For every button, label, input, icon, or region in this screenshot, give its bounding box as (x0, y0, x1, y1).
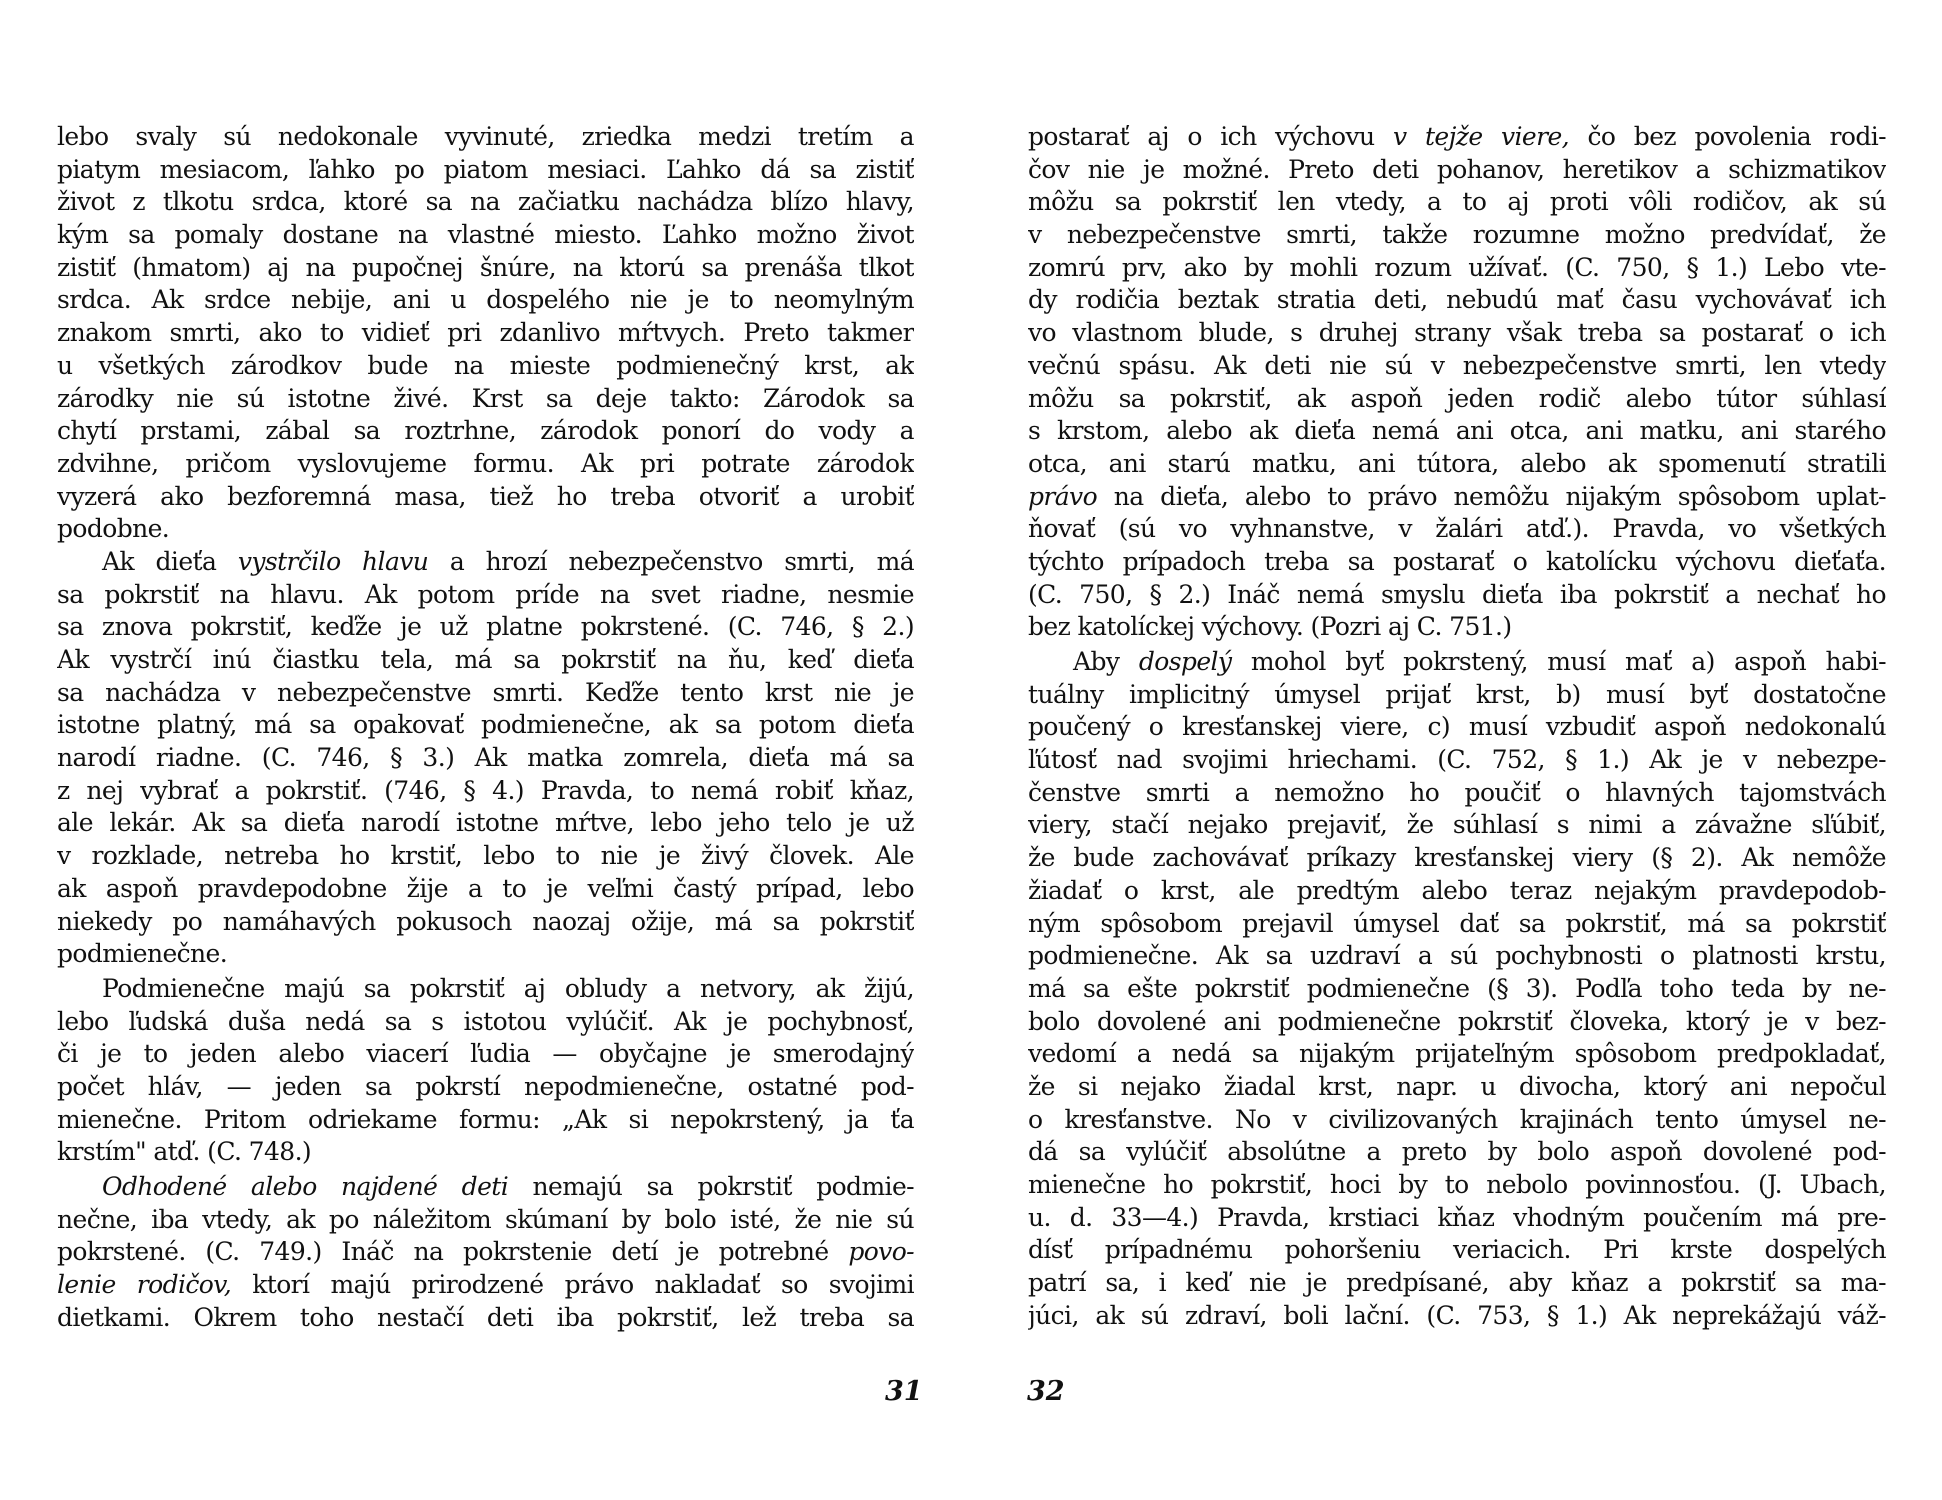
text-line: chytí prstami, zábal sa roztrhne, zárodo… (57, 415, 914, 448)
line-text: večnú spásu. Ak deti nie sú v nebezpečen… (1028, 351, 1886, 380)
text-line: Aby dospelý mohol byť pokrstený, musí ma… (1028, 646, 1886, 679)
text-line: bez katolíckej výchovy. (Pozri aj C. 751… (1028, 611, 1886, 644)
line-text: čov nie je možné. Preto deti pohanov, he… (1028, 155, 1886, 184)
line-text: zomrú prv, ako by mohli rozum užívať. (C… (1028, 253, 1886, 282)
text-line: dietkami. Okrem toho nestačí deti iba po… (57, 1302, 914, 1335)
page-number-right: 32 (1027, 1376, 1065, 1407)
line-text: narodí riadne. (C. 746, § 3.) Ak matka z… (57, 743, 914, 772)
line-text: môžu sa pokrstiť len vtedy, a to aj prot… (1028, 187, 1886, 216)
line-text: zárodky nie sú istotne živé. Krst sa dej… (57, 384, 914, 413)
line-text: ňovať (sú vo vyhnanstve, v žalári atď.).… (1028, 514, 1886, 543)
line-text: že si nejako žiadal krst, napr. u divoch… (1028, 1072, 1886, 1101)
text-line: lebo svaly sú nedokonale vyvinuté, zried… (57, 121, 914, 154)
text-line: vo vlastnom blude, s druhej strany však … (1028, 317, 1886, 350)
line-text: chytí prstami, zábal sa roztrhne, zárodo… (57, 416, 914, 445)
line-text: mienečne ho pokrstiť, hoci by to nebolo … (1028, 1170, 1886, 1199)
text-line: zomrú prv, ako by mohli rozum užívať. (C… (1028, 252, 1886, 285)
line-text: dá sa vylúčiť absolútne a preto by bolo … (1028, 1137, 1886, 1166)
line-text: u. d. 33—4.) Pravda, krstiaci kňaz vhodn… (1028, 1203, 1886, 1232)
text-line: ak aspoň pravdepodobne žije a to je veľm… (57, 873, 914, 906)
line-text: mienečne. Pritom odriekame formu: „Ak si… (57, 1105, 914, 1134)
line-text: patrí sa, i keď nie je predpísané, aby k… (1028, 1268, 1886, 1297)
text-line: podmienečne. (57, 938, 914, 971)
line-text: otca, ani starú matku, ani tútora, alebo… (1028, 449, 1886, 478)
line-text: dísť prípadnému pohoršeniu veriacich. Pr… (1028, 1235, 1886, 1264)
line-text: z nej vybrať a pokrstiť. (746, § 4.) Pra… (57, 776, 914, 805)
text-line: bolo dovolené ani podmienečne pokrstiť č… (1028, 1006, 1886, 1039)
line-text: Podmienečne majú sa pokrstiť aj obludy a… (102, 974, 914, 1003)
text-line: u. d. 33—4.) Pravda, krstiaci kňaz vhodn… (1028, 1202, 1886, 1235)
line-text: poučený o kresťanskej viere, c) musí vzb… (1028, 712, 1886, 741)
text-line: týchto prípadoch treba sa postarať o kat… (1028, 546, 1886, 579)
text-line: lenie rodičov, ktorí majú prirodzené prá… (57, 1269, 914, 1302)
line-text: žiadať o krst, ale predtým alebo teraz n… (1028, 876, 1886, 905)
line-text: čenstve smrti a nemožno ho poučiť o hlav… (1028, 778, 1886, 807)
page-number-left: 31 (885, 1376, 923, 1407)
text-line: Odhodené alebo najdené deti nemajú sa po… (57, 1171, 914, 1204)
line-text: má sa ešte pokrstiť podmienečne (§ 3). P… (1028, 974, 1886, 1003)
text-line: zdvihne, pričom vyslovujeme formu. Ak pr… (57, 448, 914, 481)
line-text: lebo svaly sú nedokonale vyvinuté, zried… (57, 122, 914, 151)
line-text: Aby (1073, 647, 1139, 676)
text-line: život z tlkotu srdca, ktoré sa na začiat… (57, 186, 914, 219)
text-line: pokrstené. (C. 749.) Ináč na pokrstenie … (57, 1236, 914, 1269)
text-line: patrí sa, i keď nie je predpísané, aby k… (1028, 1267, 1886, 1300)
line-text: podobne. (57, 514, 169, 543)
line-text: podmienečne. (57, 939, 227, 968)
italic-emphasis: lenie rodičov, (57, 1270, 231, 1299)
text-line: dá sa vylúčiť absolútne a preto by bolo … (1028, 1136, 1886, 1169)
line-text: sa nachádza v nebezpečenstve smrti. Keďž… (57, 678, 914, 707)
text-line: počet hláv, — jeden sa pokrstí nepodmien… (57, 1071, 914, 1104)
text-line: podobne. (57, 513, 914, 546)
line-text: pokrstené. (C. 749.) Ináč na pokrstenie … (57, 1237, 848, 1266)
text-line: zistiť (hmatom) aj na pupočnej šnúre, na… (57, 252, 914, 285)
line-text: tuálny implicitný úmysel prijať krst, b)… (1028, 680, 1886, 709)
line-text: čo bez povolenia rodi- (1569, 122, 1886, 151)
text-line: mienečne. Pritom odriekame formu: „Ak si… (57, 1104, 914, 1137)
line-text: kým sa pomaly dostane na vlastné miesto.… (57, 220, 914, 249)
text-line: ľútosť nad svojimi hriechami. (C. 752, §… (1028, 744, 1886, 777)
text-line: (C. 750, § 2.) Ináč nemá smyslu dieťa ib… (1028, 579, 1886, 612)
italic-emphasis: vystrčilo hlavu (238, 547, 428, 576)
text-line: sa znova pokrstiť, keďže je už platne po… (57, 611, 914, 644)
line-text: vedomí a nedá sa nijakým prijateľným spô… (1028, 1039, 1886, 1068)
text-line: žiadať o krst, ale predtým alebo teraz n… (1028, 875, 1886, 908)
text-line: narodí riadne. (C. 746, § 3.) Ak matka z… (57, 742, 914, 775)
text-line: ným spôsobom prejavil úmysel dať sa pokr… (1028, 908, 1886, 941)
line-text: vo vlastnom blude, s druhej strany však … (1028, 318, 1886, 347)
text-line: večnú spásu. Ak deti nie sú v nebezpečen… (1028, 350, 1886, 383)
line-text: ale lekár. Ak sa dieťa narodí istotne mŕ… (57, 808, 914, 837)
text-line: zárodky nie sú istotne živé. Krst sa dej… (57, 383, 914, 416)
line-text: sa znova pokrstiť, keďže je už platne po… (57, 612, 914, 641)
line-text: v rozklade, netreba ho krstiť, lebo to n… (57, 841, 914, 870)
text-line: v rozklade, netreba ho krstiť, lebo to n… (57, 840, 914, 873)
italic-emphasis: v tejže viere, (1393, 122, 1569, 151)
text-line: poučený o kresťanskej viere, c) musí vzb… (1028, 711, 1886, 744)
text-line: dy rodičia beztak stratia deti, nebudú m… (1028, 284, 1886, 317)
line-text: ak aspoň pravdepodobne žije a to je veľm… (57, 874, 914, 903)
line-text: a hrozí nebezpečenstvo smrti, má (428, 547, 914, 576)
left-page-text: lebo svaly sú nedokonale vyvinuté, zried… (57, 121, 914, 1334)
line-text: život z tlkotu srdca, ktoré sa na začiat… (57, 187, 914, 216)
line-text: ným spôsobom prejavil úmysel dať sa pokr… (1028, 909, 1886, 938)
line-text: vyzerá ako bezforemná masa, tiež ho treb… (57, 482, 914, 511)
text-line: čenstve smrti a nemožno ho poučiť o hlav… (1028, 777, 1886, 810)
text-line: postarať aj o ich výchovu v tejže viere,… (1028, 121, 1886, 154)
line-text: postarať aj o ich výchovu (1028, 122, 1393, 151)
line-text: piatym mesiacom, ľahko po piatom mesiaci… (57, 155, 914, 184)
line-text: krstím" atď. (C. 748.) (57, 1137, 311, 1166)
line-text: u všetkých zárodkov bude na mieste podmi… (57, 351, 914, 380)
text-line: srdca. Ak srdce nebije, ani u dospelého … (57, 284, 914, 317)
text-line: lebo ľudská duša nedá sa s istotou vylúč… (57, 1006, 914, 1039)
line-text: znakom smrti, ako to vidieť pri zdanlivo… (57, 318, 914, 347)
line-text: môžu sa pokrstiť, ak aspoň jeden rodič a… (1028, 384, 1886, 413)
line-text: (C. 750, § 2.) Ináč nemá smyslu dieťa ib… (1028, 580, 1886, 609)
line-text: Ak vystrčí inú čiastku tela, má sa pokrs… (57, 645, 914, 674)
line-text: srdca. Ak srdce nebije, ani u dospelého … (57, 285, 914, 314)
text-line: ňovať (sú vo vyhnanstve, v žalári atď.).… (1028, 513, 1886, 546)
italic-emphasis: povo- (848, 1237, 914, 1266)
text-line: krstím" atď. (C. 748.) (57, 1136, 914, 1169)
line-text: zistiť (hmatom) aj na pupočnej šnúre, na… (57, 253, 914, 282)
text-line: dísť prípadnému pohoršeniu veriacich. Pr… (1028, 1234, 1886, 1267)
text-line: v nebezpečenstve smrti, takže rozumne mo… (1028, 219, 1886, 252)
line-text: istotne platný, má sa opakovať podmieneč… (57, 710, 914, 739)
line-text: podmienečne. Ak sa uzdraví a sú pochybno… (1028, 941, 1886, 970)
right-page-text: postarať aj o ich výchovu v tejže viere,… (1028, 121, 1886, 1332)
text-line: že bude zachovávať príkazy kresťanskej v… (1028, 842, 1886, 875)
line-text: s krstom, alebo ak dieťa nemá ani otca, … (1028, 416, 1886, 445)
italic-emphasis: dospelý (1139, 647, 1232, 676)
line-text: bolo dovolené ani podmienečne pokrstiť č… (1028, 1007, 1886, 1036)
line-text: či je to jeden alebo viacerí ľudia — oby… (57, 1039, 914, 1068)
text-line: Ak dieťa vystrčilo hlavu a hrozí nebezpe… (57, 546, 914, 579)
text-line: má sa ešte pokrstiť podmienečne (§ 3). P… (1028, 973, 1886, 1006)
line-text: počet hláv, — jeden sa pokrstí nepodmien… (57, 1072, 914, 1101)
text-line: znakom smrti, ako to vidieť pri zdanlivo… (57, 317, 914, 350)
text-line: viery, stačí nejako prejaviť, že súhlasí… (1028, 809, 1886, 842)
italic-emphasis: právo (1028, 482, 1097, 511)
italic-emphasis: Odhodené alebo najdené deti (102, 1172, 508, 1201)
line-text: nečne, iba vtedy, ak po náležitom skúman… (57, 1205, 914, 1234)
line-text: viery, stačí nejako prejaviť, že súhlasí… (1028, 810, 1886, 839)
line-text: niekedy po namáhavých pokusoch naozaj ož… (57, 907, 914, 936)
text-line: z nej vybrať a pokrstiť. (746, § 4.) Pra… (57, 775, 914, 808)
text-line: môžu sa pokrstiť len vtedy, a to aj prot… (1028, 186, 1886, 219)
line-text: nemajú sa pokrstiť podmie- (508, 1172, 914, 1201)
line-text: ktorí majú prirodzené právo nakladať so … (231, 1270, 914, 1299)
line-text: bez katolíckej výchovy. (Pozri aj C. 751… (1028, 612, 1512, 641)
text-line: podmienečne. Ak sa uzdraví a sú pochybno… (1028, 940, 1886, 973)
text-line: Podmienečne majú sa pokrstiť aj obludy a… (57, 973, 914, 1006)
text-line: sa nachádza v nebezpečenstve smrti. Keďž… (57, 677, 914, 710)
text-line: istotne platný, má sa opakovať podmieneč… (57, 709, 914, 742)
line-text: ľútosť nad svojimi hriechami. (C. 752, §… (1028, 745, 1886, 774)
text-line: môžu sa pokrstiť, ak aspoň jeden rodič a… (1028, 383, 1886, 416)
text-line: právo na dieťa, alebo to právo nemôžu ni… (1028, 481, 1886, 514)
line-text: sa pokrstiť na hlavu. Ak potom príde na … (57, 580, 914, 609)
line-text: o kresťanstve. No v civilizovaných kraji… (1028, 1105, 1886, 1134)
text-line: júci, ak sú zdraví, boli lační. (C. 753,… (1028, 1300, 1886, 1333)
text-line: otca, ani starú matku, ani tútora, alebo… (1028, 448, 1886, 481)
text-line: u všetkých zárodkov bude na mieste podmi… (57, 350, 914, 383)
line-text: mohol byť pokrstený, musí mať a) aspoň h… (1231, 647, 1886, 676)
text-line: že si nejako žiadal krst, napr. u divoch… (1028, 1071, 1886, 1104)
text-line: vyzerá ako bezforemná masa, tiež ho treb… (57, 481, 914, 514)
text-line: nečne, iba vtedy, ak po náležitom skúman… (57, 1204, 914, 1237)
line-text: júci, ak sú zdraví, boli lační. (C. 753,… (1028, 1301, 1886, 1330)
text-line: s krstom, alebo ak dieťa nemá ani otca, … (1028, 415, 1886, 448)
text-line: ale lekár. Ak sa dieťa narodí istotne mŕ… (57, 807, 914, 840)
line-text: že bude zachovávať príkazy kresťanskej v… (1028, 843, 1886, 872)
text-line: čov nie je možné. Preto deti pohanov, he… (1028, 154, 1886, 187)
text-line: sa pokrstiť na hlavu. Ak potom príde na … (57, 579, 914, 612)
text-line: vedomí a nedá sa nijakým prijateľným spô… (1028, 1038, 1886, 1071)
line-text: lebo ľudská duša nedá sa s istotou vylúč… (57, 1007, 914, 1036)
line-text: týchto prípadoch treba sa postarať o kat… (1028, 547, 1886, 576)
text-line: mienečne ho pokrstiť, hoci by to nebolo … (1028, 1169, 1886, 1202)
text-line: piatym mesiacom, ľahko po piatom mesiaci… (57, 154, 914, 187)
text-line: o kresťanstve. No v civilizovaných kraji… (1028, 1104, 1886, 1137)
text-line: Ak vystrčí inú čiastku tela, má sa pokrs… (57, 644, 914, 677)
line-text: Ak dieťa (102, 547, 238, 576)
line-text: na dieťa, alebo to právo nemôžu nijakým … (1097, 482, 1886, 511)
line-text: zdvihne, pričom vyslovujeme formu. Ak pr… (57, 449, 914, 478)
text-line: či je to jeden alebo viacerí ľudia — oby… (57, 1038, 914, 1071)
line-text: dietkami. Okrem toho nestačí deti iba po… (57, 1303, 914, 1332)
text-line: tuálny implicitný úmysel prijať krst, b)… (1028, 679, 1886, 712)
text-line: niekedy po namáhavých pokusoch naozaj ož… (57, 906, 914, 939)
line-text: v nebezpečenstve smrti, takže rozumne mo… (1028, 220, 1886, 249)
line-text: dy rodičia beztak stratia deti, nebudú m… (1028, 285, 1886, 314)
text-line: kým sa pomaly dostane na vlastné miesto.… (57, 219, 914, 252)
